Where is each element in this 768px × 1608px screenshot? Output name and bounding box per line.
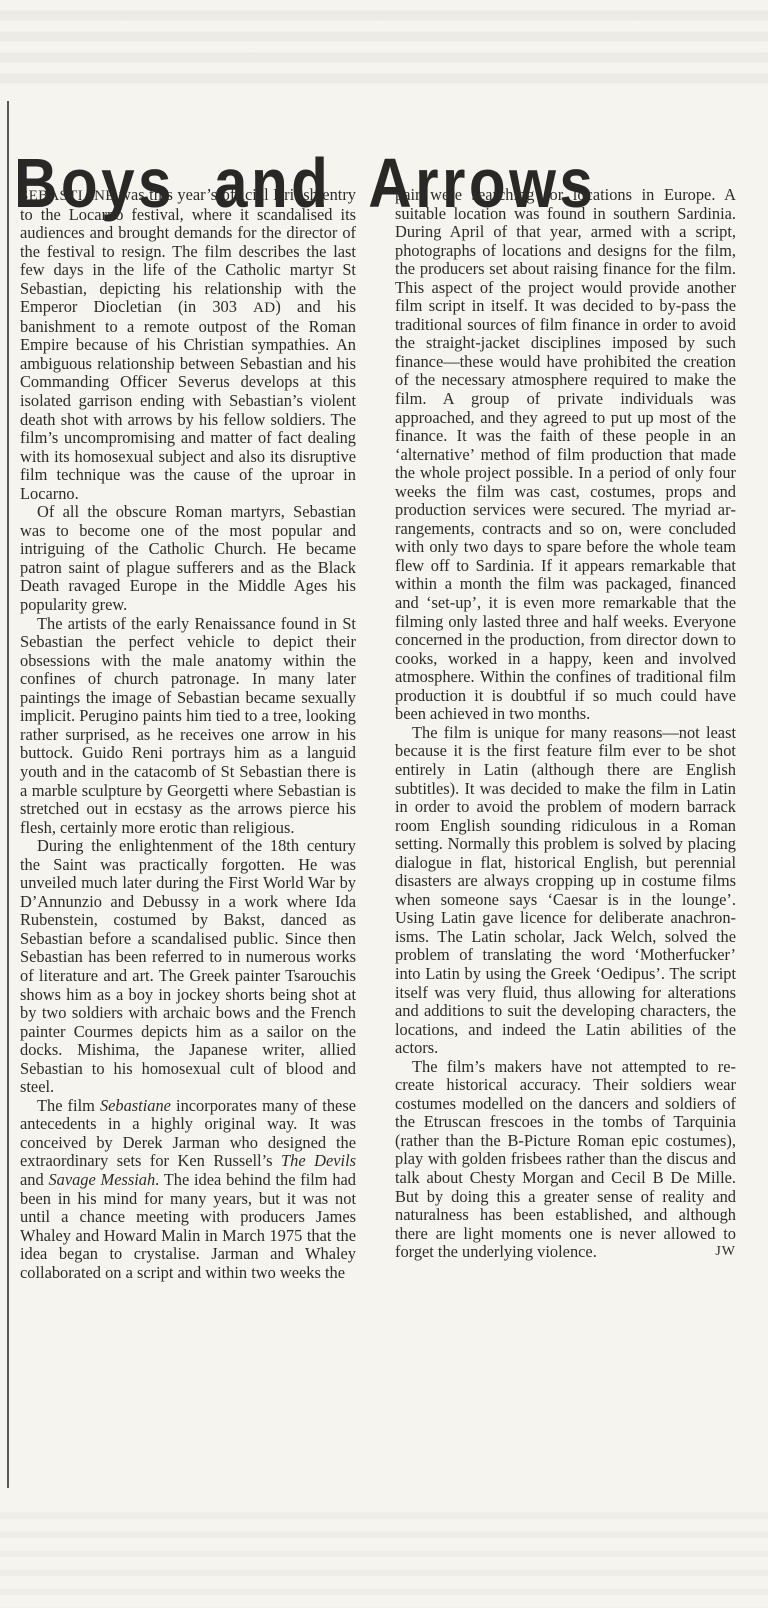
- paragraph-4: During the enlightenment of the 18th cen…: [20, 837, 356, 1097]
- paragraph-6: pair were searching for locations in Eur…: [395, 186, 736, 724]
- paragraph-1: SEBASTIANE was this year’s official Brit…: [20, 186, 356, 503]
- author-signature: JW: [698, 1243, 736, 1262]
- right-column: pair were searching for locations in Eur…: [395, 186, 736, 1262]
- previous-page-bleed-through-top: [0, 0, 768, 90]
- film-name-lead: SEBASTIANE: [20, 188, 115, 204]
- left-column: SEBASTIANE was this year’s official Brit…: [20, 186, 356, 1282]
- paragraph-3: The artists of the early Renaissance fou…: [20, 615, 356, 838]
- paragraph-8: The film’s makers have not attempted to …: [395, 1058, 736, 1262]
- paragraph-7: The film is unique for many reasons—not …: [395, 724, 736, 1058]
- paragraph-5: The film Sebastiane incorporates many of…: [20, 1097, 356, 1282]
- paragraph-2: Of all the obscure Roman martyrs, Sebast…: [20, 503, 356, 614]
- previous-page-bleed-through-bottom: [0, 1500, 768, 1608]
- column-side-rule: [7, 101, 9, 1488]
